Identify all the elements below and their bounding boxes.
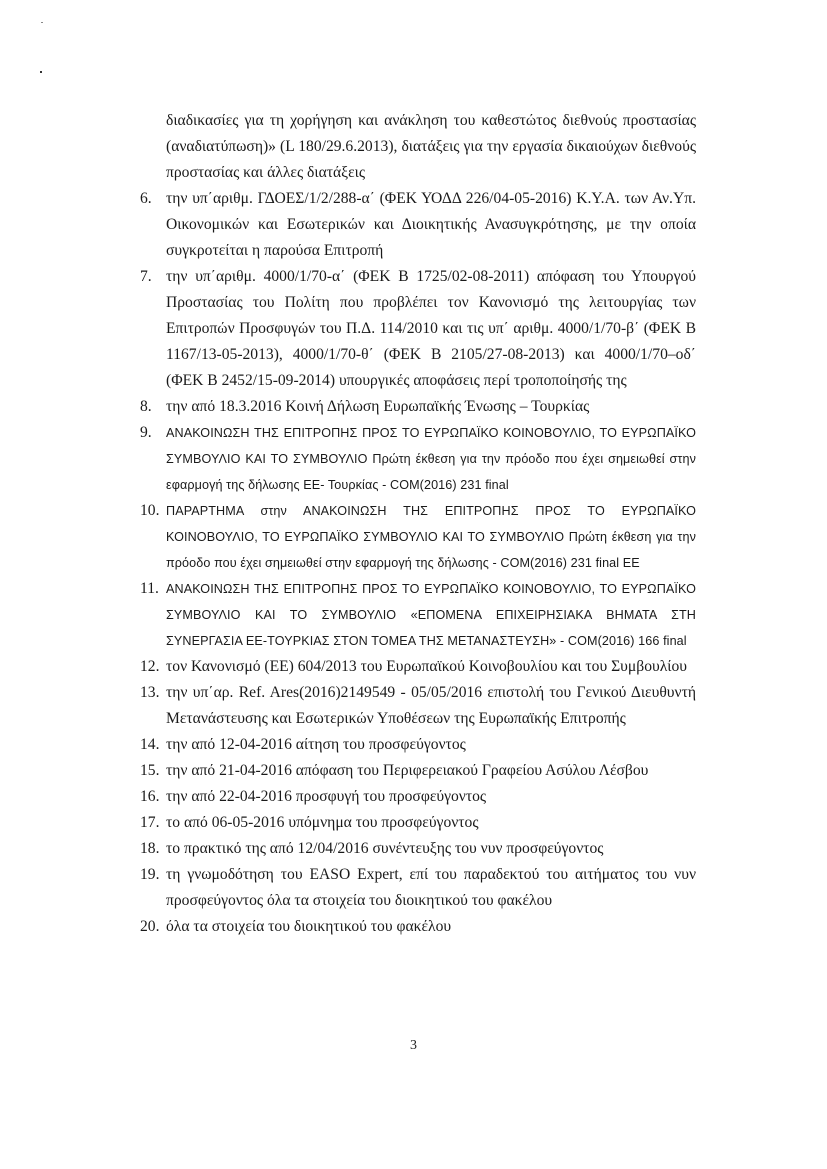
list-item-number: 16. — [140, 784, 166, 810]
list-item-number: 12. — [140, 654, 166, 680]
page-number: 3 — [0, 1038, 827, 1054]
list-item: 13.την υπ΄αρ. Ref. Ares(2016)2149549 - 0… — [140, 680, 696, 732]
document-body: διαδικασίες για τη χορήγηση και ανάκληση… — [140, 108, 696, 940]
list-item: 11.ΑΝΑΚΟΙΝΩΣΗ ΤΗΣ ΕΠΙΤΡΟΠΗΣ ΠΡΟΣ ΤΟ ΕΥΡΩ… — [140, 576, 696, 654]
list-item-number: 9. — [140, 420, 166, 498]
list-item-number: 17. — [140, 810, 166, 836]
list-item-text: την υπ΄αριθμ. 4000/1/70-α΄ (ΦΕΚ Β 1725/0… — [166, 264, 696, 394]
list-item-number: 14. — [140, 732, 166, 758]
list-item: 19.τη γνωμοδότηση του EASO Expert, επί τ… — [140, 862, 696, 914]
list-item: 17.το από 06-05-2016 υπόμνημα του προσφε… — [140, 810, 696, 836]
list-item-number: 11. — [140, 576, 166, 654]
reference-list: 6.την υπ΄αριθμ. ΓΔΟΕΣ/1/2/288-α΄ (ΦΕΚ ΥΟ… — [140, 186, 696, 940]
list-item-text: όλα τα στοιχεία του διοικητικού του φακέ… — [166, 914, 696, 940]
list-item-text: ΑΝΑΚΟΙΝΩΣΗ ΤΗΣ ΕΠΙΤΡΟΠΗΣ ΠΡΟΣ ΤΟ ΕΥΡΩΠΑΪ… — [166, 420, 696, 498]
list-item-text: ΠΑΡΑΡΤΗΜΑ στην ΑΝΑΚΟΙΝΩΣΗ ΤΗΣ ΕΠΙΤΡΟΠΗΣ … — [166, 498, 696, 576]
list-item-text: την από 18.3.2016 Κοινή Δήλωση Ευρωπαϊκή… — [166, 394, 696, 420]
list-item: 15.την από 21-04-2016 απόφαση του Περιφε… — [140, 758, 696, 784]
list-item: 7.την υπ΄αριθμ. 4000/1/70-α΄ (ΦΕΚ Β 1725… — [140, 264, 696, 394]
list-item-text: την από 12-04-2016 αίτηση του προσφεύγον… — [166, 732, 696, 758]
list-item-number: 7. — [140, 264, 166, 394]
continuation-paragraph: διαδικασίες για τη χορήγηση και ανάκληση… — [166, 108, 696, 186]
list-item-number: 15. — [140, 758, 166, 784]
list-item-number: 8. — [140, 394, 166, 420]
list-item-number: 6. — [140, 186, 166, 264]
list-item: 6.την υπ΄αριθμ. ΓΔΟΕΣ/1/2/288-α΄ (ΦΕΚ ΥΟ… — [140, 186, 696, 264]
scan-speck — [41, 22, 43, 23]
list-item: 16.την από 22-04-2016 προσφυγή του προσφ… — [140, 784, 696, 810]
list-item: 14.την από 12-04-2016 αίτηση του προσφεύ… — [140, 732, 696, 758]
list-item-text: την υπ΄αριθμ. ΓΔΟΕΣ/1/2/288-α΄ (ΦΕΚ ΥΟΔΔ… — [166, 186, 696, 264]
document-page: διαδικασίες για τη χορήγηση και ανάκληση… — [0, 0, 827, 1169]
list-item-text: την υπ΄αρ. Ref. Ares(2016)2149549 - 05/0… — [166, 680, 696, 732]
scan-speck — [40, 71, 42, 73]
list-item: 10.ΠΑΡΑΡΤΗΜΑ στην ΑΝΑΚΟΙΝΩΣΗ ΤΗΣ ΕΠΙΤΡΟΠ… — [140, 498, 696, 576]
list-item-number: 19. — [140, 862, 166, 914]
list-item: 20.όλα τα στοιχεία του διοικητικού του φ… — [140, 914, 696, 940]
list-item-text: το από 06-05-2016 υπόμνημα του προσφεύγο… — [166, 810, 696, 836]
list-item: 8.την από 18.3.2016 Κοινή Δήλωση Ευρωπαϊ… — [140, 394, 696, 420]
list-item-number: 20. — [140, 914, 166, 940]
list-item-number: 10. — [140, 498, 166, 576]
list-item-text: την από 21-04-2016 απόφαση του Περιφερει… — [166, 758, 696, 784]
list-item-number: 13. — [140, 680, 166, 732]
list-item-text: το πρακτικό της από 12/04/2016 συνέντευξ… — [166, 836, 696, 862]
list-item: 18.το πρακτικό της από 12/04/2016 συνέντ… — [140, 836, 696, 862]
list-item-text: ΑΝΑΚΟΙΝΩΣΗ ΤΗΣ ΕΠΙΤΡΟΠΗΣ ΠΡΟΣ ΤΟ ΕΥΡΩΠΑΪ… — [166, 576, 696, 654]
list-item-text: τον Κανονισμό (ΕΕ) 604/2013 του Ευρωπαϊκ… — [166, 654, 696, 680]
list-item-number: 18. — [140, 836, 166, 862]
list-item: 9.ΑΝΑΚΟΙΝΩΣΗ ΤΗΣ ΕΠΙΤΡΟΠΗΣ ΠΡΟΣ ΤΟ ΕΥΡΩΠ… — [140, 420, 696, 498]
list-item-text: την από 22-04-2016 προσφυγή του προσφεύγ… — [166, 784, 696, 810]
list-item: 12.τον Κανονισμό (ΕΕ) 604/2013 του Ευρωπ… — [140, 654, 696, 680]
list-item-text: τη γνωμοδότηση του EASO Expert, επί του … — [166, 862, 696, 914]
